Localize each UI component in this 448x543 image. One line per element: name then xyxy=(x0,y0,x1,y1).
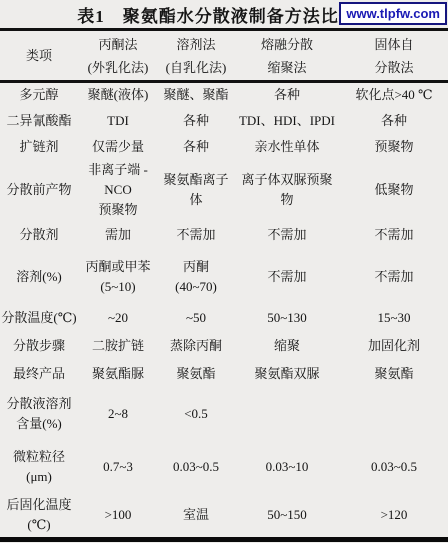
table-row: 分散步骤 二胺扩链 蒸除丙酮 缩聚 加固化剂 xyxy=(0,332,448,360)
table-cell: 0.03~0.5 xyxy=(158,440,234,494)
table-cell: >120 xyxy=(340,494,448,540)
table-row: 分散液溶剂 含量(%) 2~8 <0.5 xyxy=(0,388,448,440)
table-cell: 不需加 xyxy=(340,250,448,304)
table-cell: 0.7~3 xyxy=(78,440,158,494)
table-cell: ~50 xyxy=(158,304,234,332)
row-label: 分散温度(℃) xyxy=(0,304,78,332)
table-row: 二异氰酸酯 TDI 各种 TDI、HDI、IPDI 各种 xyxy=(0,108,448,134)
table-cell: 丙酮 (40~70) xyxy=(158,250,234,304)
table-cell: 低聚物 xyxy=(340,160,448,220)
row-label: 多元醇 xyxy=(0,82,78,108)
table-row: 分散温度(℃) ~20 ~50 50~130 15~30 xyxy=(0,304,448,332)
table-cell: 聚氨酯 xyxy=(340,360,448,388)
table-cell: 各种 xyxy=(234,82,340,108)
table-cell: 2~8 xyxy=(78,388,158,440)
row-label: 分散液溶剂 含量(%) xyxy=(0,388,78,440)
table-cell: <0.5 xyxy=(158,388,234,440)
table-cell: 15~30 xyxy=(340,304,448,332)
table-cell xyxy=(340,388,448,440)
table-cell: 加固化剂 xyxy=(340,332,448,360)
table-cell: 聚氨酯离子体 xyxy=(158,160,234,220)
table-cell: 需加 xyxy=(78,220,158,250)
table-cell: 室温 xyxy=(158,494,234,540)
table-row: 微粒粒径 (μm) 0.7~3 0.03~0.5 0.03~10 0.03~0.… xyxy=(0,440,448,494)
row-label: 分散前产物 xyxy=(0,160,78,220)
watermark-badge: www.tlpfw.com xyxy=(339,2,447,25)
table-row: 多元醇 聚醚(液体) 聚醚、聚酯 各种 软化点>40 ℃ xyxy=(0,82,448,108)
row-label: 分散剂 xyxy=(0,220,78,250)
table-cell: 仅需少量 xyxy=(78,134,158,160)
table-cell: 不需加 xyxy=(340,220,448,250)
table-cell: >100 xyxy=(78,494,158,540)
table-cell: ~20 xyxy=(78,304,158,332)
table-cell: 离子体双脲预聚 物 xyxy=(234,160,340,220)
row-label: 扩链剂 xyxy=(0,134,78,160)
table-cell: 各种 xyxy=(158,108,234,134)
table-cell: 各种 xyxy=(158,134,234,160)
table-cell: 亲水性单体 xyxy=(234,134,340,160)
table-cell: 预聚物 xyxy=(340,134,448,160)
table-cell: 聚氨酯脲 xyxy=(78,360,158,388)
row-label: 二异氰酸酯 xyxy=(0,108,78,134)
watermark-url: www.tlpfw.com xyxy=(346,6,440,21)
table-cell: 各种 xyxy=(340,108,448,134)
row-label: 溶剂(%) xyxy=(0,250,78,304)
table-row: 分散剂 需加 不需加 不需加 不需加 xyxy=(0,220,448,250)
row-label: 微粒粒径 (μm) xyxy=(0,440,78,494)
table-row: 分散前产物 非离子端 - NCO 预聚物 聚氨酯离子体 离子体双脲预聚 物 低聚… xyxy=(0,160,448,220)
column-header-acetone-method: 丙酮法 (外乳化法) xyxy=(78,30,158,82)
table-row: 最终产品 聚氨酯脲 聚氨酯 聚氨酯双脲 聚氨酯 xyxy=(0,360,448,388)
table-cell: 聚醚、聚酯 xyxy=(158,82,234,108)
table-cell: 蒸除丙酮 xyxy=(158,332,234,360)
row-label: 后固化温度 (℃) xyxy=(0,494,78,540)
table-cell: 缩聚 xyxy=(234,332,340,360)
header-row: 类项 丙酮法 (外乳化法) 溶剂法 (自乳化法) 熔融分散 缩聚法 固体自 分散… xyxy=(0,30,448,82)
table-cell: 50~130 xyxy=(234,304,340,332)
table-cell xyxy=(234,388,340,440)
column-header-solvent-method: 溶剂法 (自乳化法) xyxy=(158,30,234,82)
table-row: 后固化温度 (℃) >100 室温 50~150 >120 xyxy=(0,494,448,540)
table-row: 溶剂(%) 丙酮或甲苯 (5~10) 丙酮 (40~70) 不需加 不需加 xyxy=(0,250,448,304)
row-label: 分散步骤 xyxy=(0,332,78,360)
column-header-solid-self-dispersion-method: 固体自 分散法 xyxy=(340,30,448,82)
table-cell: 聚氨酯双脲 xyxy=(234,360,340,388)
comparison-table: 类项 丙酮法 (外乳化法) 溶剂法 (自乳化法) 熔融分散 缩聚法 固体自 分散… xyxy=(0,28,448,542)
table-row: 扩链剂 仅需少量 各种 亲水性单体 预聚物 xyxy=(0,134,448,160)
column-header-category: 类项 xyxy=(0,30,78,82)
table-cell: 聚醚(液体) xyxy=(78,82,158,108)
table-cell: 0.03~10 xyxy=(234,440,340,494)
table-cell: 0.03~0.5 xyxy=(340,440,448,494)
table-cell: 非离子端 - NCO 预聚物 xyxy=(78,160,158,220)
table-cell: TDI、HDI、IPDI xyxy=(234,108,340,134)
table-cell: 聚氨酯 xyxy=(158,360,234,388)
row-label: 最终产品 xyxy=(0,360,78,388)
table-cell: 丙酮或甲苯 (5~10) xyxy=(78,250,158,304)
table-cell: 不需加 xyxy=(158,220,234,250)
table-cell: 50~150 xyxy=(234,494,340,540)
table-cell: 不需加 xyxy=(234,250,340,304)
table-cell: 二胺扩链 xyxy=(78,332,158,360)
table-cell: 不需加 xyxy=(234,220,340,250)
table-cell: TDI xyxy=(78,108,158,134)
page-title: 表1 聚氨酯水分散液制备方法比较 xyxy=(77,2,371,27)
scanned-table-page: 表1 聚氨酯水分散液制备方法比较 www.tlpfw.com 类项 丙酮法 (外… xyxy=(0,0,448,543)
column-header-melt-dispersion-method: 熔融分散 缩聚法 xyxy=(234,30,340,82)
table-cell: 软化点>40 ℃ xyxy=(340,82,448,108)
